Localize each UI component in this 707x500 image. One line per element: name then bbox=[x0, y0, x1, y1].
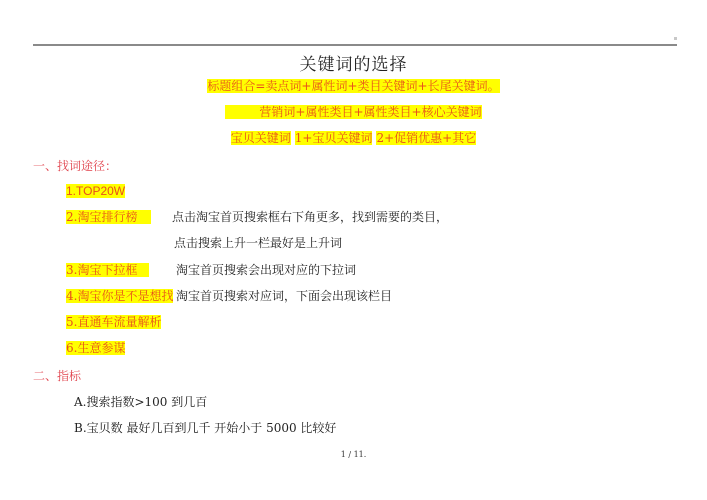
item-description: 淘宝首页搜索对应词，下面会出现该栏目 bbox=[176, 288, 392, 304]
item-label: 5.直通车流量解析 bbox=[66, 315, 161, 329]
list-item: 1.TOP20W bbox=[66, 183, 125, 199]
document-title: 关键词的选择 bbox=[0, 50, 707, 75]
formula-line-3: 宝贝关键词1+宝贝关键词2+促销优惠+其它 bbox=[0, 130, 707, 146]
item-description: 点击淘宝首页搜索框右下角更多，找到需要的类目， bbox=[172, 209, 448, 225]
corner-mark bbox=[674, 37, 677, 40]
metric-item: A.搜索指数>100 到几百 bbox=[74, 393, 207, 410]
page-indicator: 1 / 11. bbox=[0, 450, 707, 459]
item-description-continued: 点击搜索上升一栏最好是上升词 bbox=[174, 235, 342, 251]
header-rule bbox=[33, 44, 677, 46]
formula-text-2: 营销词+属性类目+属性类目+核心关键词 bbox=[225, 105, 481, 119]
formula-text-1: 标题组合=卖点词+属性词+类目关键词+长尾关键词。 bbox=[207, 79, 499, 93]
item-label: 3.淘宝下拉框 bbox=[66, 263, 149, 277]
item-label: 2.淘宝排行榜 bbox=[66, 210, 151, 224]
item-label: 6.生意参谋 bbox=[66, 341, 125, 355]
list-item: 5.直通车流量解析 bbox=[66, 314, 161, 330]
formula-segment-3: 2+促销优惠+其它 bbox=[376, 131, 476, 145]
item-label: 4.淘宝你是不是想找 bbox=[66, 289, 173, 303]
item-label: 1.TOP20W bbox=[66, 184, 125, 198]
metric-item: B.宝贝数 最好几百到几千 开始小于 5000 比较好 bbox=[74, 419, 336, 436]
list-item: 2.淘宝排行榜 bbox=[66, 209, 151, 225]
formula-segment-1: 宝贝关键词 bbox=[231, 131, 291, 145]
list-item: 4.淘宝你是不是想找 bbox=[66, 288, 173, 304]
list-item: 6.生意参谋 bbox=[66, 340, 125, 356]
item-description: 淘宝首页搜索会出现对应的下拉词 bbox=[176, 262, 356, 278]
section-heading-find-words: 一、找词途径： bbox=[33, 157, 117, 174]
list-item: 3.淘宝下拉框 bbox=[66, 262, 149, 278]
formula-segment-2: 1+宝贝关键词 bbox=[295, 131, 373, 145]
formula-line-1: 标题组合=卖点词+属性词+类目关键词+长尾关键词。 bbox=[0, 78, 707, 94]
section-heading-metrics: 二、指标 bbox=[33, 367, 81, 384]
formula-line-2: 营销词+属性类目+属性类目+核心关键词 bbox=[0, 104, 707, 120]
